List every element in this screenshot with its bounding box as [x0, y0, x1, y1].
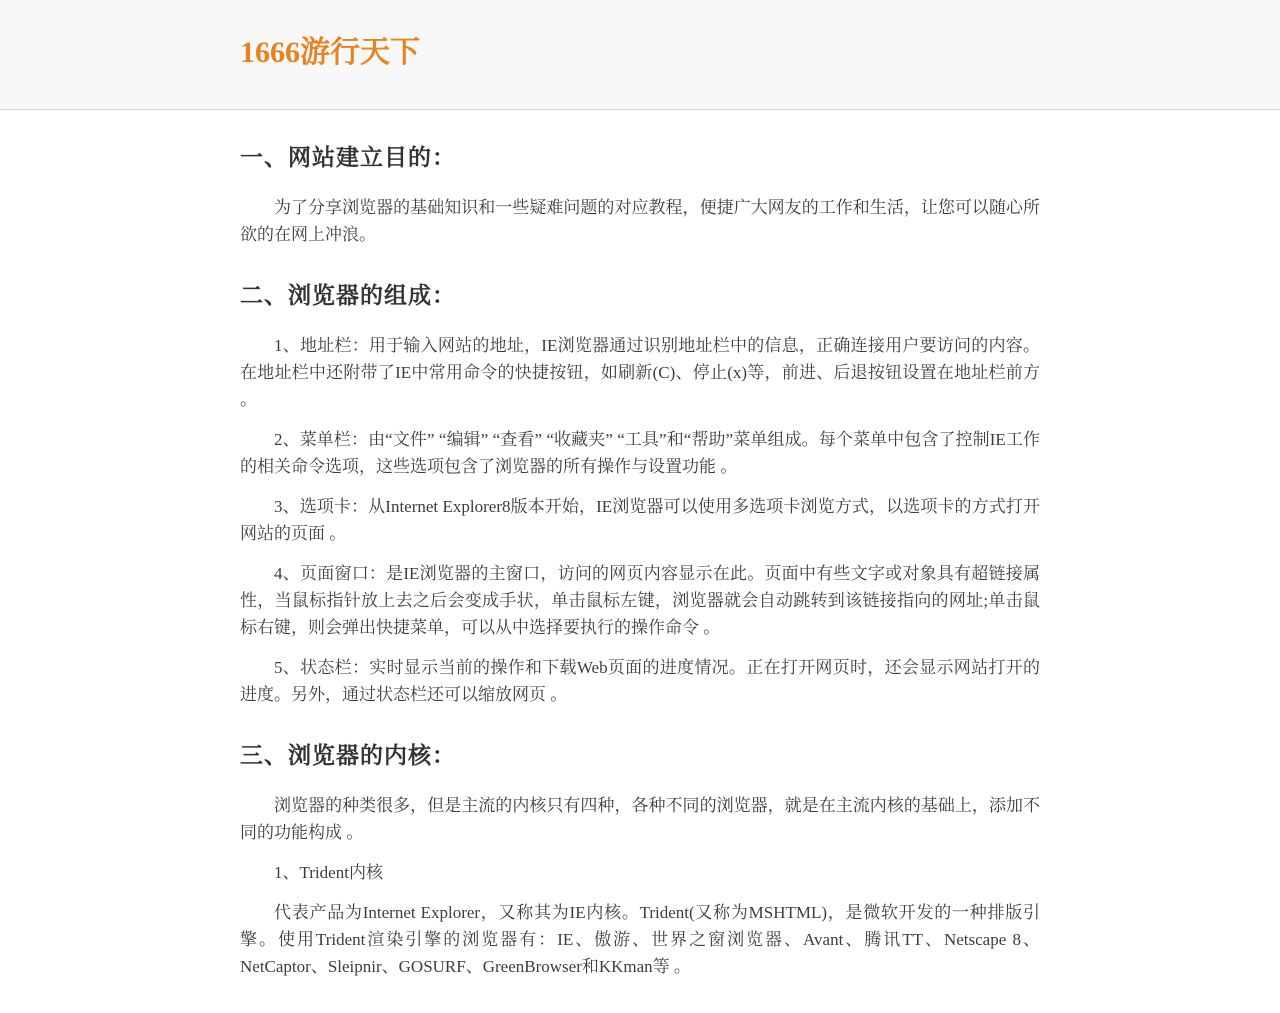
paragraph-address-bar: 1、地址栏：用于输入网站的地址，IE浏览器通过识别地址栏中的信息，正确连接用户要…	[240, 332, 1040, 413]
section-browser-composition: 二、浏览器的组成： 1、地址栏：用于输入网站的地址，IE浏览器通过识别地址栏中的…	[240, 280, 1040, 708]
paragraph-menu-bar: 2、菜单栏：由“文件” “编辑” “查看” “收藏夹” “工具”和“帮助”菜单组…	[240, 426, 1040, 480]
section-purpose: 一、网站建立目的： 为了分享浏览器的基础知识和一些疑难问题的对应教程，便捷广大网…	[240, 142, 1040, 248]
paragraph-trident-detail: 代表产品为Internet Explorer，又称其为IE内核。Trident(…	[240, 899, 1040, 980]
site-title[interactable]: 1666游行天下	[240, 0, 1040, 70]
paragraph-tabs: 3、选项卡：从Internet Explorer8版本开始，IE浏览器可以使用多…	[240, 493, 1040, 547]
section-heading-composition: 二、浏览器的组成：	[240, 280, 1040, 310]
paragraph-status-bar: 5、状态栏：实时显示当前的操作和下载Web页面的进度情况。正在打开网页时，还会显…	[240, 654, 1040, 708]
paragraph-page-window: 4、页面窗口：是IE浏览器的主窗口，访问的网页内容显示在此。页面中有些文字或对象…	[240, 560, 1040, 641]
section-browser-kernel: 三、浏览器的内核： 浏览器的种类很多，但是主流的内核只有四种，各种不同的浏览器，…	[240, 740, 1040, 980]
paragraph: 为了分享浏览器的基础知识和一些疑难问题的对应教程，便捷广大网友的工作和生活，让您…	[240, 194, 1040, 248]
site-header: 1666游行天下	[0, 0, 1280, 110]
paragraph-kernel-intro: 浏览器的种类很多，但是主流的内核只有四种，各种不同的浏览器，就是在主流内核的基础…	[240, 792, 1040, 846]
article: 一、网站建立目的： 为了分享浏览器的基础知识和一些疑难问题的对应教程，便捷广大网…	[0, 142, 1280, 1013]
section-heading-kernel: 三、浏览器的内核：	[240, 740, 1040, 770]
page: 1666游行天下 一、网站建立目的： 为了分享浏览器的基础知识和一些疑难问题的对…	[0, 0, 1280, 1013]
paragraph-trident-title: 1、Trident内核	[240, 859, 1040, 886]
section-heading-purpose: 一、网站建立目的：	[240, 142, 1040, 172]
